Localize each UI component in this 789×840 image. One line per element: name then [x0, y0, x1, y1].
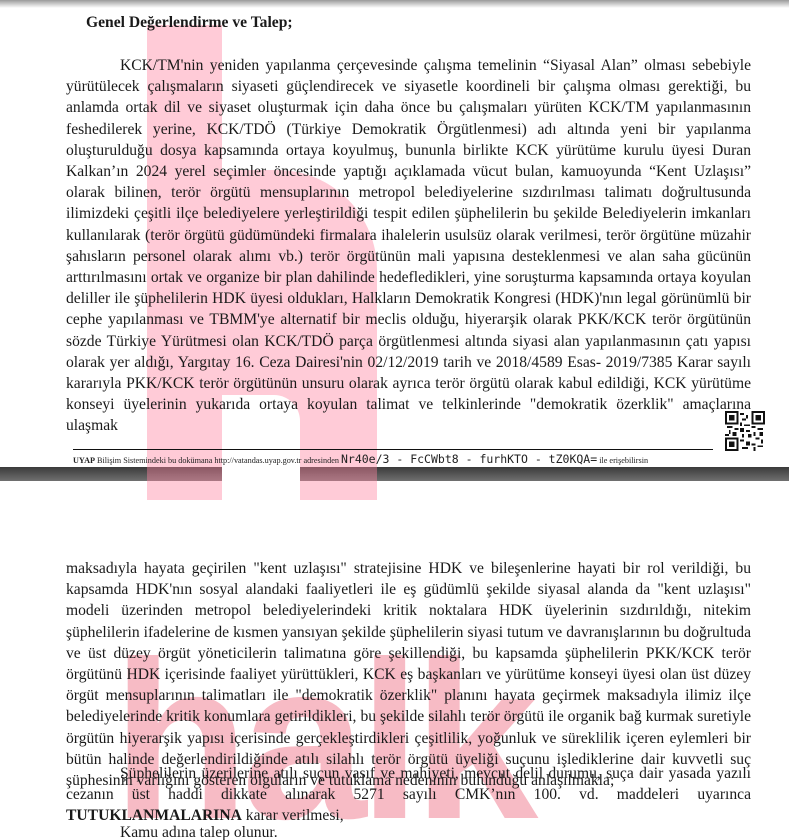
access-code: Nr40e/3 - FcCWbt8 - furhKTO - tZ0KQA= — [341, 452, 597, 466]
page1-body: KCK/TM'nin yeniden yapılanma çerçevesind… — [66, 55, 751, 437]
footer-prefix: Bilişim Sistemindeki bu dokümana http://… — [95, 456, 341, 465]
page-separator — [0, 467, 789, 481]
uyap-footer: UYAP Bilişim Sistemindeki bu dokümana ht… — [73, 452, 648, 466]
closing-line: Kamu adına talep olunur. — [66, 822, 751, 840]
section-heading: Genel Değerlendirme ve Talep; — [86, 14, 293, 32]
paragraph-page2: maksadıyla hayata geçirilen "kent uzlaşı… — [66, 558, 751, 791]
paragraph-page1: KCK/TM'nin yeniden yapılanma çerçevesind… — [66, 55, 751, 437]
footer-suffix: ile erişebilirsin — [597, 456, 648, 465]
qr-code-icon — [725, 411, 765, 451]
request-paragraph: Şüphelilerin üzerilerine atılı suçun vas… — [66, 763, 751, 827]
footer-divider — [73, 449, 713, 450]
page2-body: maksadıyla hayata geçirilen "kent uzlaşı… — [66, 558, 751, 791]
footer-uyap-label: UYAP — [73, 456, 95, 465]
request-text-start: Şüphelilerin üzerilerine atılı suçun vas… — [66, 765, 751, 803]
